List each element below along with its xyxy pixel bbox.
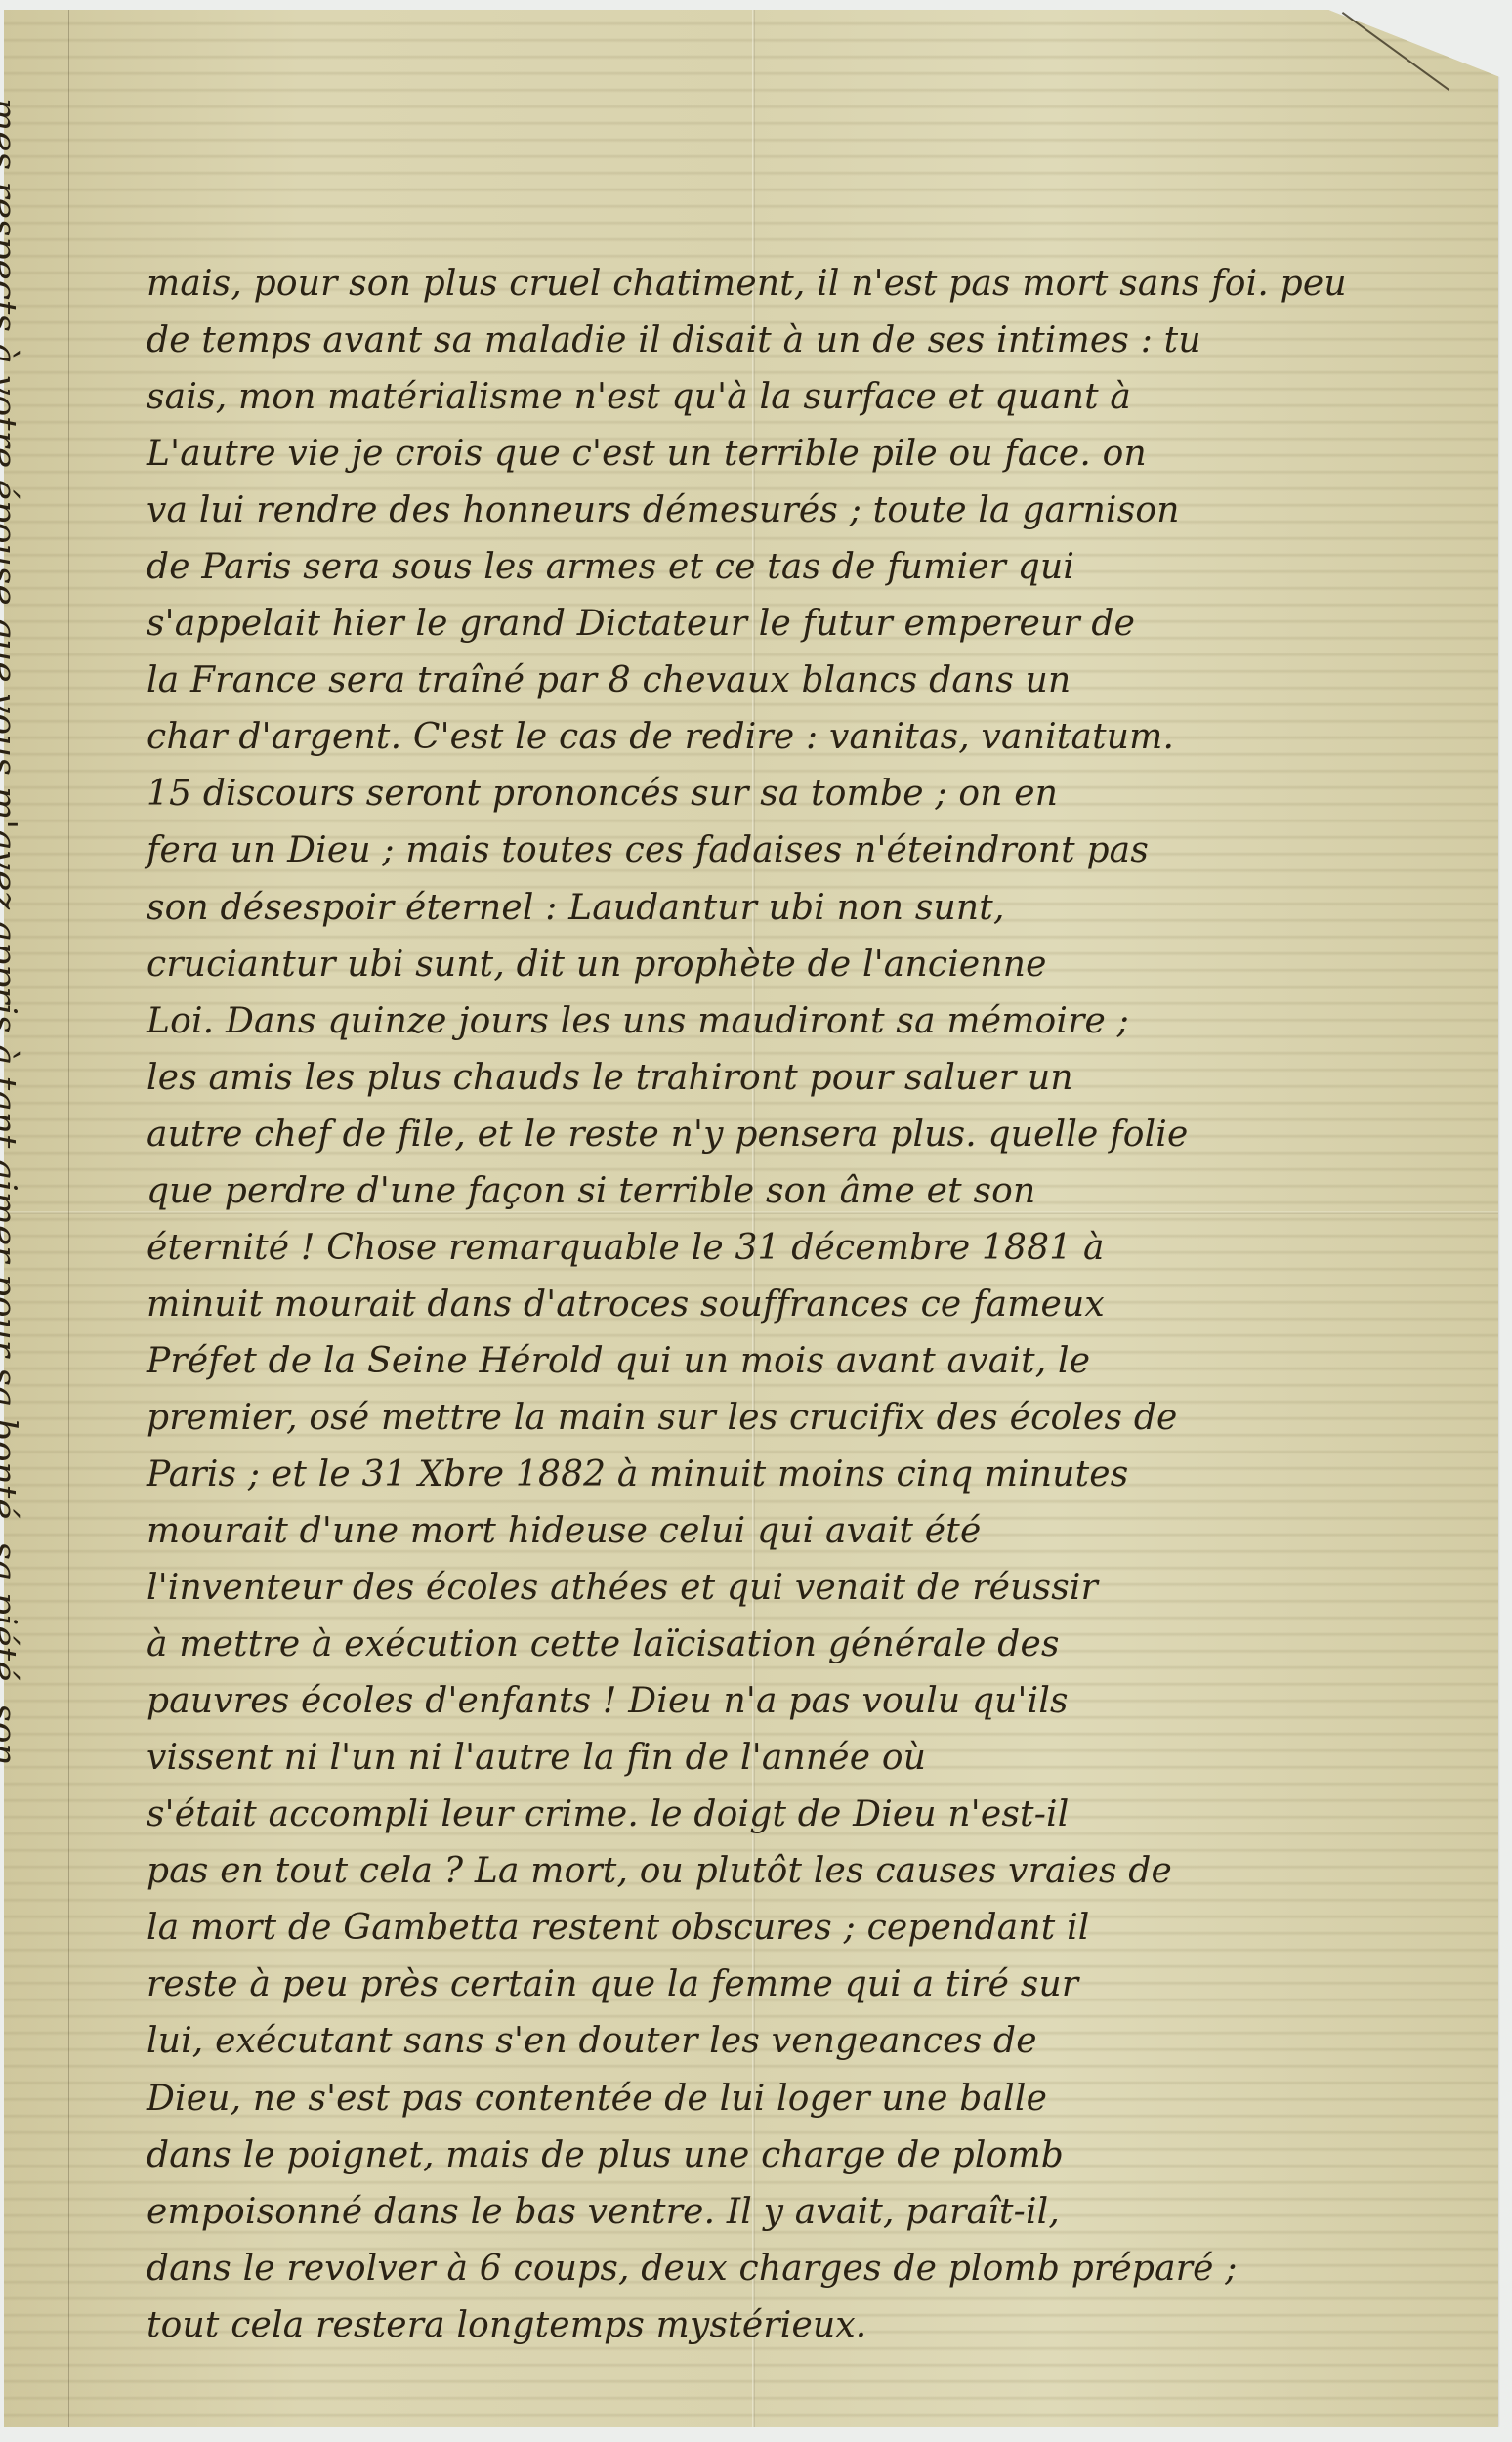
- text-line: premier, osé mettre la main sur les cruc…: [147, 1390, 1485, 1447]
- text-line: de temps avant sa maladie il disait à un…: [147, 313, 1485, 369]
- text-line: va lui rendre des honneurs démesurés ; t…: [147, 483, 1485, 539]
- text-line: vissent ni l'un ni l'autre la fin de l'a…: [147, 1730, 1485, 1787]
- letter-body: mais, pour son plus cruel chatiment, il …: [147, 256, 1485, 2354]
- text-line: tout cela restera longtemps mystérieux.: [147, 2297, 1485, 2354]
- text-line: Préfet de la Seine Hérold qui un mois av…: [147, 1333, 1485, 1390]
- text-line: la France sera traîné par 8 chevaux blan…: [147, 653, 1485, 709]
- text-line: son désespoir éternel : Laudantur ubi no…: [147, 880, 1485, 937]
- margin-note-line: mes respects à votre épouse que vous m'a…: [0, 98, 27, 2325]
- text-line: la mort de Gambetta restent obscures ; c…: [147, 1900, 1485, 1957]
- margin-note: mes respects à votre épouse que vous m'a…: [0, 98, 27, 2325]
- text-line: mais, pour son plus cruel chatiment, il …: [147, 256, 1485, 313]
- text-line: éternité ! Chose remarquable le 31 décem…: [147, 1220, 1485, 1277]
- text-line: autre chef de file, et le reste n'y pens…: [147, 1107, 1485, 1163]
- text-line: 15 discours seront prononcés sur sa tomb…: [147, 766, 1485, 822]
- text-line: cruciantur ubi sunt, dit un prophète de …: [147, 937, 1485, 993]
- text-line: s'appelait hier le grand Dictateur le fu…: [147, 596, 1485, 653]
- text-line: minuit mourait dans d'atroces souffrance…: [147, 1277, 1485, 1333]
- text-line: pas en tout cela ? La mort, ou plutôt le…: [147, 1843, 1485, 1900]
- text-line: pauvres écoles d'enfants ! Dieu n'a pas …: [147, 1673, 1485, 1730]
- margin-rule: [68, 10, 69, 2427]
- text-line: dans le poignet, mais de plus une charge…: [147, 2127, 1485, 2184]
- text-line: reste à peu près certain que la femme qu…: [147, 1957, 1485, 2013]
- text-line: à mettre à exécution cette laïcisation g…: [147, 1617, 1485, 1673]
- text-line: empoisonné dans le bas ventre. Il y avai…: [147, 2184, 1485, 2241]
- text-line: char d'argent. C'est le cas de redire : …: [147, 709, 1485, 766]
- text-line: de Paris sera sous les armes et ce tas d…: [147, 539, 1485, 596]
- text-line: dans le revolver à 6 coups, deux charges…: [147, 2241, 1485, 2297]
- text-line: l'inventeur des écoles athées et qui ven…: [147, 1560, 1485, 1617]
- text-line: que perdre d'une façon si terrible son â…: [147, 1163, 1485, 1220]
- text-line: lui, exécutant sans s'en douter les veng…: [147, 2013, 1485, 2070]
- text-line: L'autre vie je crois que c'est un terrib…: [147, 426, 1485, 483]
- text-line: Loi. Dans quinze jours les uns maudiront…: [147, 993, 1485, 1050]
- text-line: fera un Dieu ; mais toutes ces fadaises …: [147, 822, 1485, 879]
- text-line: s'était accompli leur crime. le doigt de…: [147, 1787, 1485, 1843]
- text-line: mourait d'une mort hideuse celui qui ava…: [147, 1503, 1485, 1560]
- text-line: Paris ; et le 31 Xbre 1882 à minuit moin…: [147, 1447, 1485, 1503]
- text-line: sais, mon matérialisme n'est qu'à la sur…: [147, 369, 1485, 426]
- text-line: Dieu, ne s'est pas contentée de lui loge…: [147, 2071, 1485, 2127]
- text-line: les amis les plus chauds le trahiront po…: [147, 1050, 1485, 1107]
